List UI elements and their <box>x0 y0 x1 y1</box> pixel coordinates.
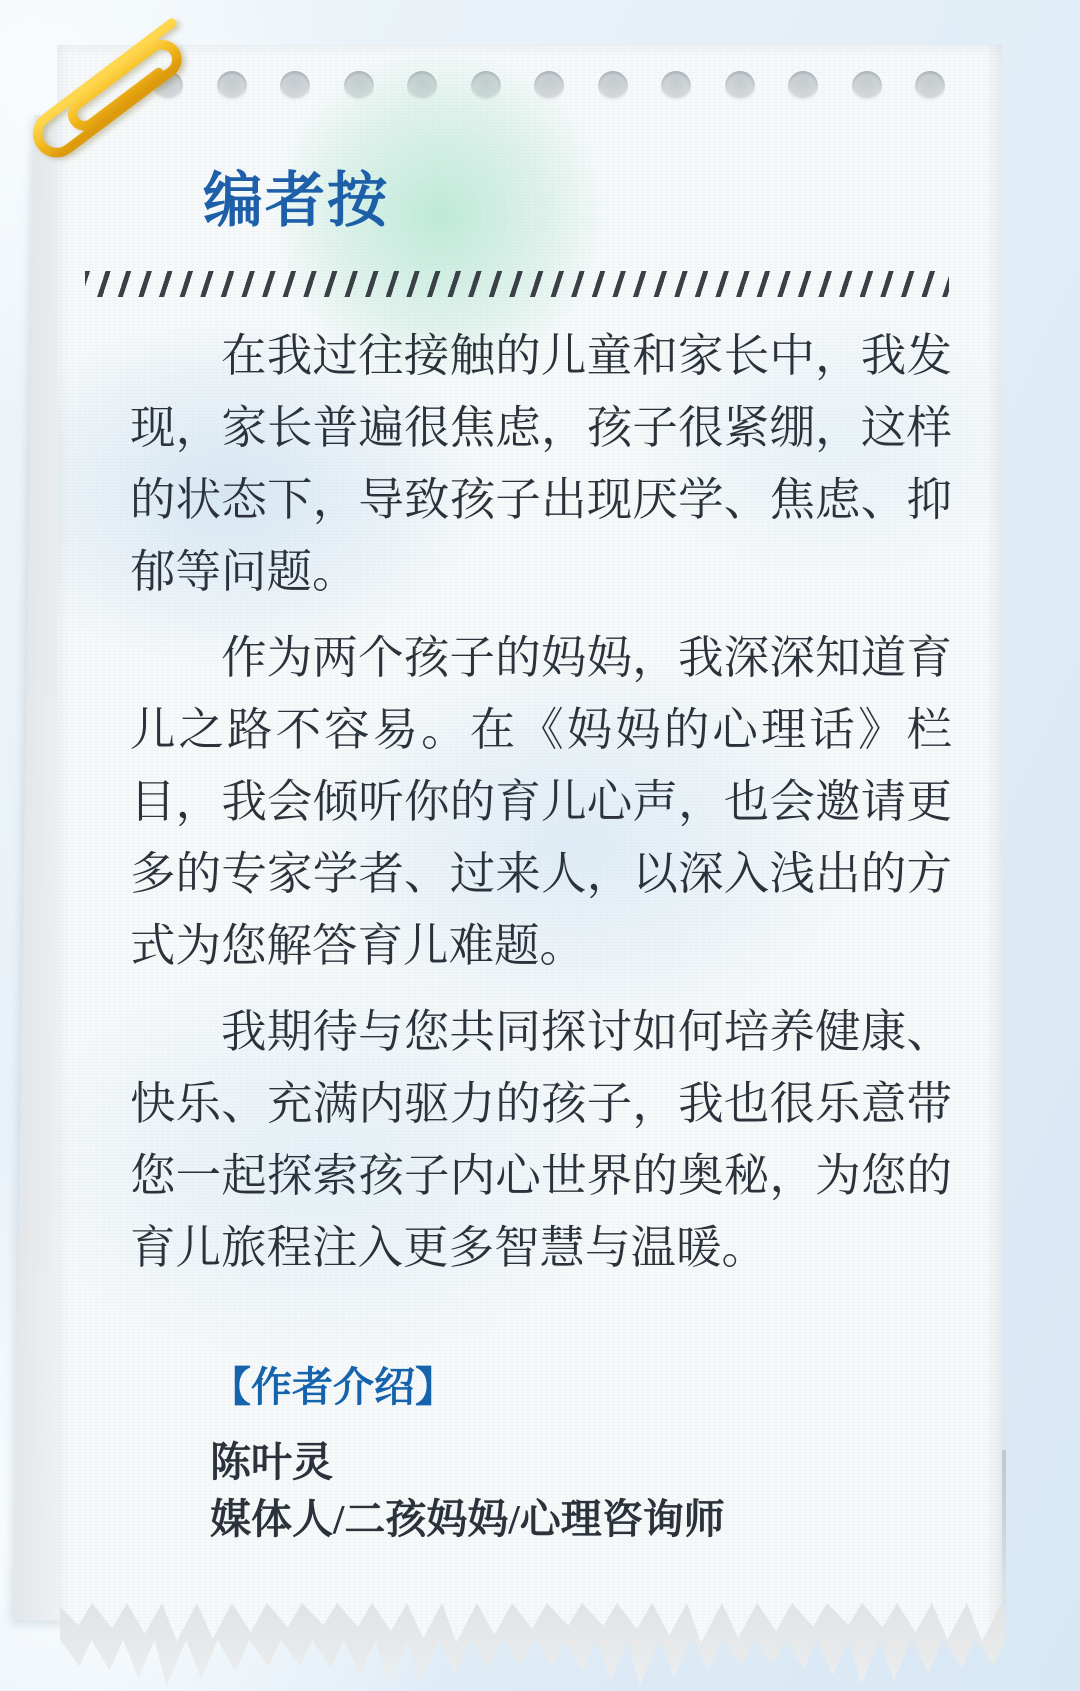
hole-punch <box>217 71 247 101</box>
author-bio: 媒体人/二孩妈妈/心理咨询师 <box>210 1499 725 1540</box>
editor-note-body: 在我过往接触的儿童和家长中，我发现，家长普遍很焦虑，孩子很紧绷，这样的状态下，导… <box>130 320 952 1298</box>
paper-sheet: 编者按 在我过往接触的儿童和家长中，我发现，家长普遍很焦虑，孩子很紧绷，这样的状… <box>57 45 1002 1645</box>
paragraph-1: 在我过往接触的儿童和家长中，我发现，家长普遍很焦虑，孩子很紧绷，这样的状态下，导… <box>130 320 952 608</box>
page-title: 编者按 <box>203 171 389 231</box>
page-background: 编者按 在我过往接触的儿童和家长中，我发现，家长普遍很焦虑，孩子很紧绷，这样的状… <box>0 0 1080 1691</box>
hole-punch <box>852 71 882 101</box>
hole-punch <box>725 71 755 101</box>
paragraph-3: 我期待与您共同探讨如何培养健康、快乐、充满内驱力的孩子，我也很乐意带您一起探索孩… <box>130 996 952 1284</box>
hole-punch <box>407 71 437 101</box>
hole-punch <box>280 71 310 101</box>
paragraph-2: 作为两个孩子的妈妈，我深深知道育儿之路不容易。在《妈妈的心理话》栏目，我会倾听你… <box>130 622 952 982</box>
hole-punch <box>788 71 818 101</box>
hole-punch <box>471 71 501 101</box>
hole-punch <box>344 71 374 101</box>
hole-punch <box>661 71 691 101</box>
slash-divider <box>85 271 949 297</box>
hole-punch <box>534 71 564 101</box>
hole-punch <box>915 71 945 101</box>
author-section: 【作者介绍】 陈叶灵 媒体人/二孩妈妈/心理咨询师 <box>210 1367 725 1540</box>
author-name: 陈叶灵 <box>210 1442 725 1483</box>
hole-punch <box>598 71 628 101</box>
author-section-label: 【作者介绍】 <box>210 1367 725 1408</box>
